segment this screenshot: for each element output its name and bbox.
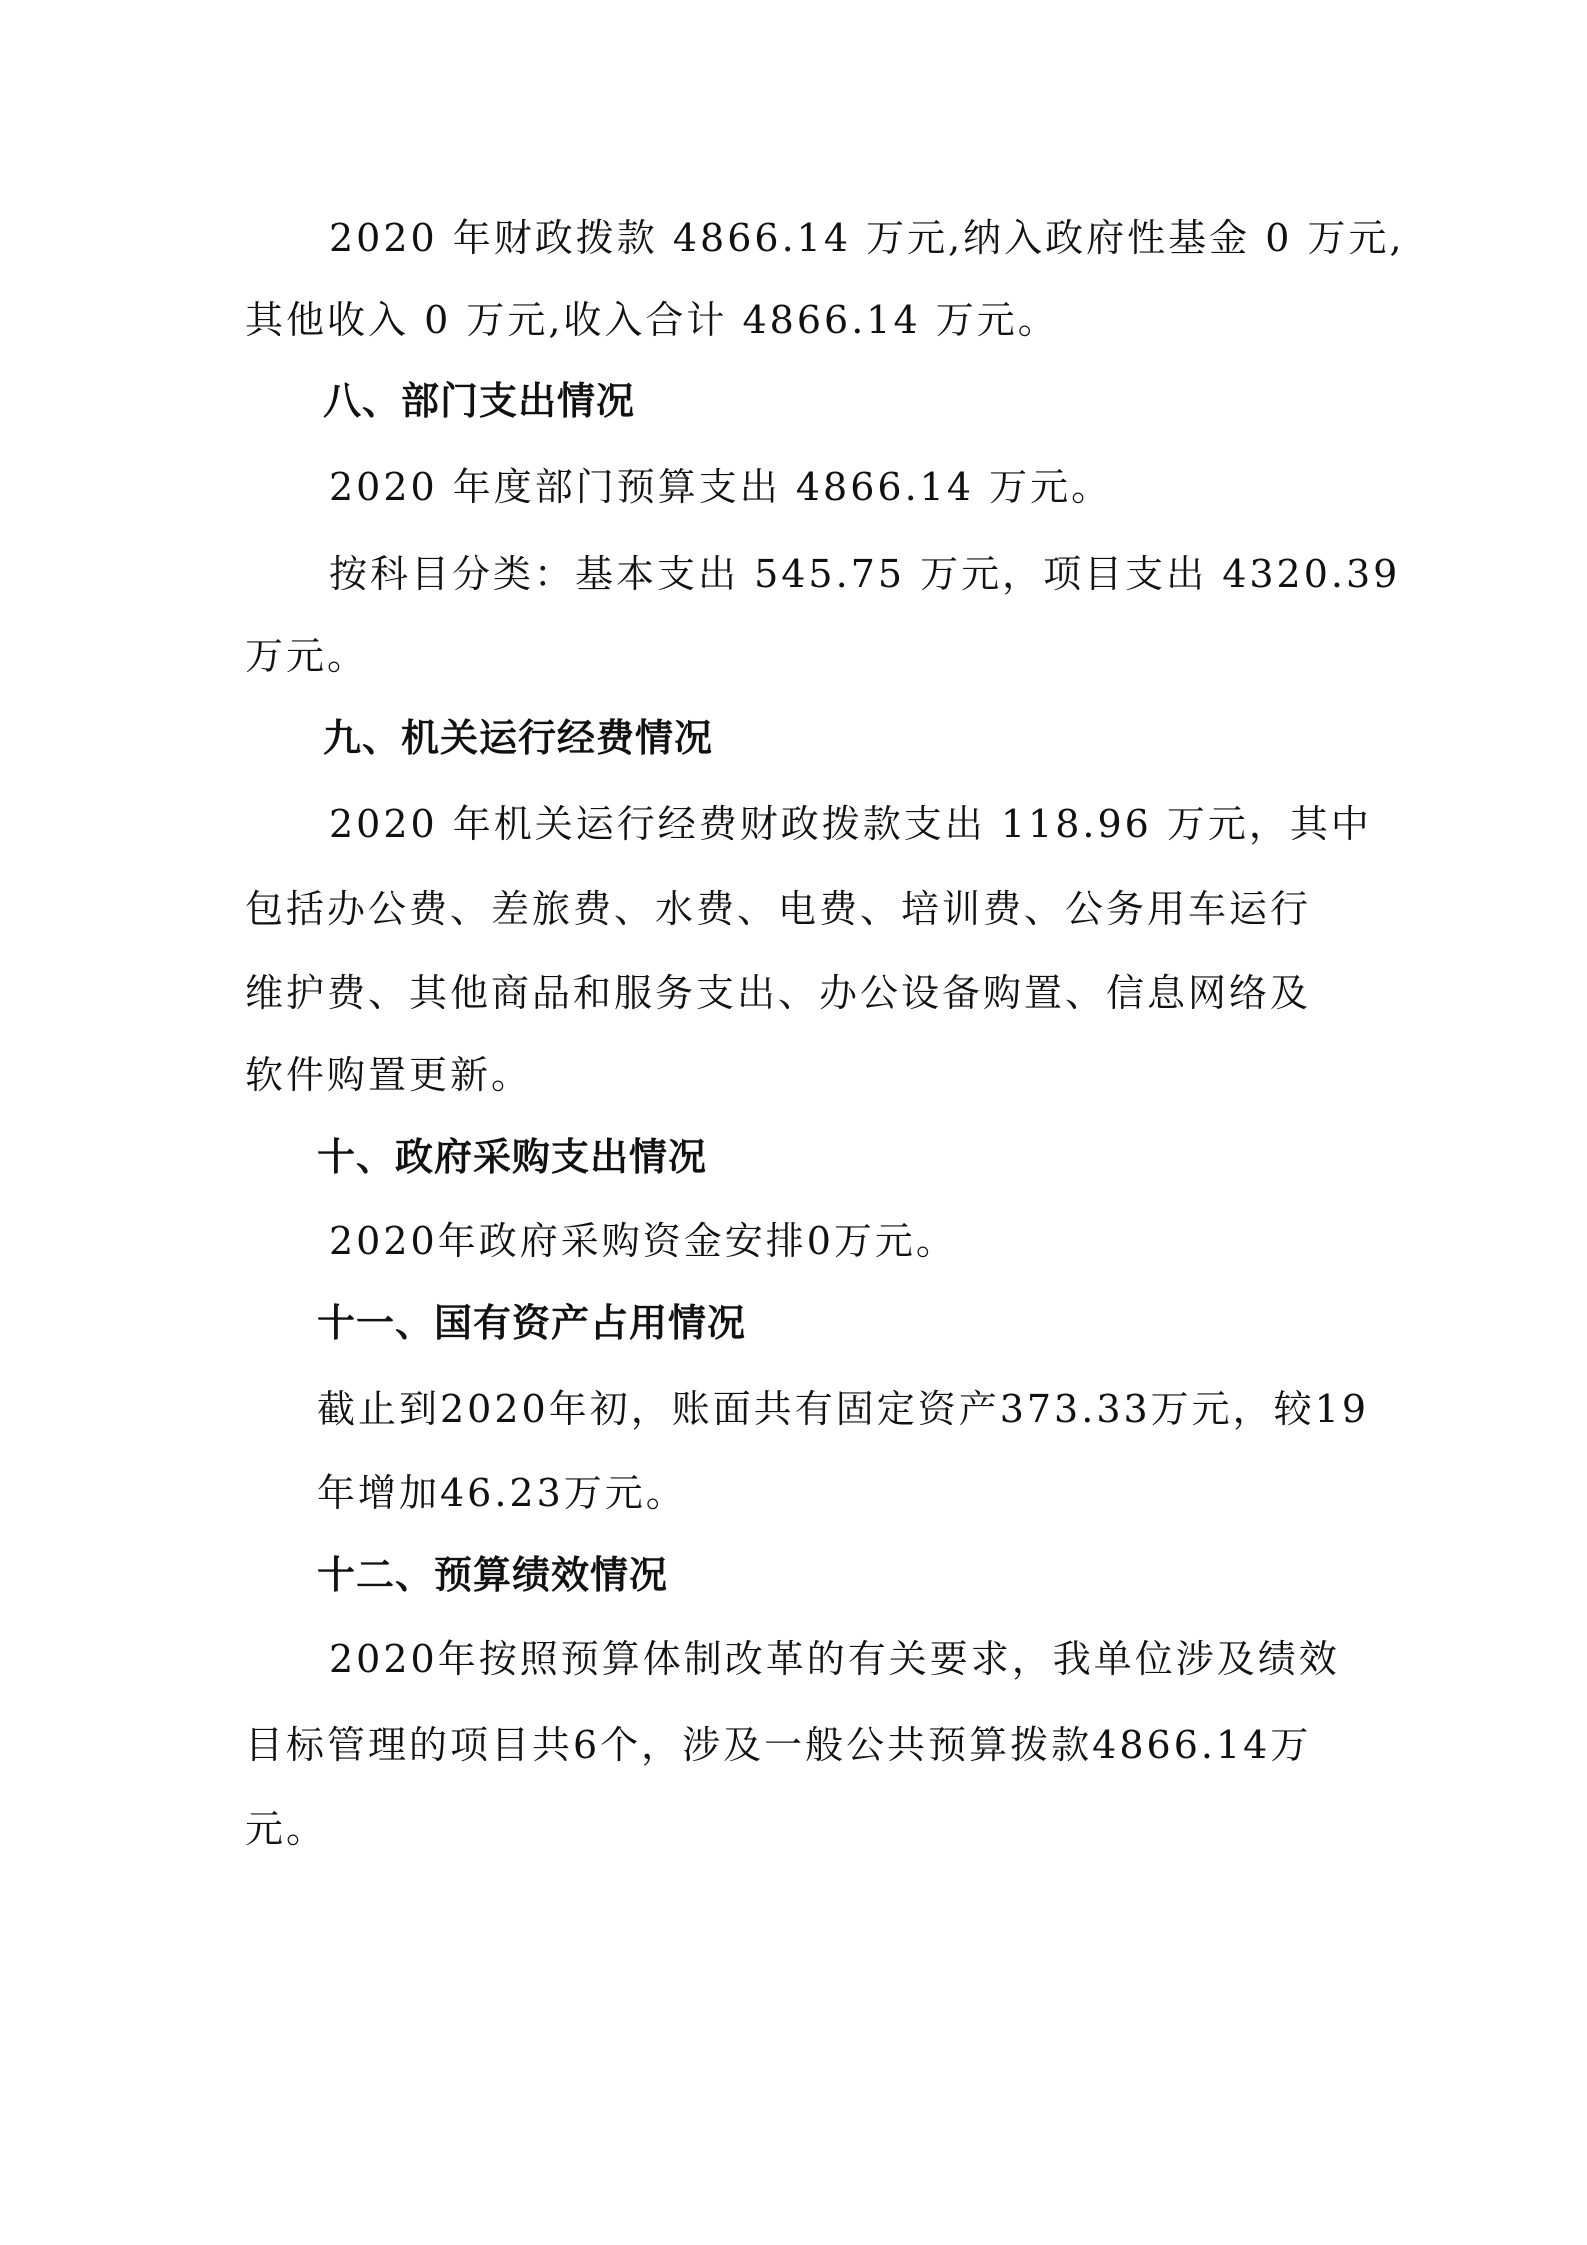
paragraph-line: 截止到2020年初，账面共有固定资产373.33万元，较19	[317, 1385, 1369, 1433]
paragraph-line: 2020 年度部门预算支出 4866.14 万元。	[329, 463, 1112, 511]
paragraph-line: 2020年政府采购资金安排0万元。	[329, 1217, 957, 1265]
paragraph-line: 其他收入 0 万元,收入合计 4866.14 万元。	[245, 296, 1059, 344]
paragraph-line: 按科目分类：基本支出 545.75 万元，项目支出 4320.39	[329, 550, 1400, 598]
paragraph-line: 包括办公费、差旅费、水费、电费、培训费、公务用车运行	[245, 885, 1311, 933]
section-heading-9: 九、机关运行经费情况	[323, 714, 713, 762]
paragraph-line: 年增加46.23万元。	[317, 1469, 687, 1517]
paragraph-line: 2020 年财政拨款 4866.14 万元,纳入政府性基金 0 万元,	[329, 214, 1405, 262]
paragraph-line: 目标管理的项目共6个，涉及一般公共预算拨款4866.14万	[245, 1721, 1311, 1769]
paragraph-line: 2020年按照预算体制改革的有关要求，我单位涉及绩效	[329, 1635, 1340, 1683]
paragraph-line: 元。	[245, 1805, 327, 1853]
paragraph-line: 万元。	[245, 632, 368, 680]
section-heading-12: 十二、预算绩效情况	[317, 1551, 668, 1599]
section-heading-10: 十、政府采购支出情况	[317, 1133, 707, 1181]
paragraph-line: 软件购置更新。	[245, 1051, 532, 1099]
section-heading-8: 八、部门支出情况	[323, 377, 635, 425]
paragraph-line: 2020 年机关运行经费财政拨款支出 118.96 万元，其中	[329, 800, 1372, 848]
paragraph-line: 维护费、其他商品和服务支出、办公设备购置、信息网络及	[245, 969, 1311, 1017]
section-heading-11: 十一、国有资产占用情况	[317, 1299, 746, 1347]
